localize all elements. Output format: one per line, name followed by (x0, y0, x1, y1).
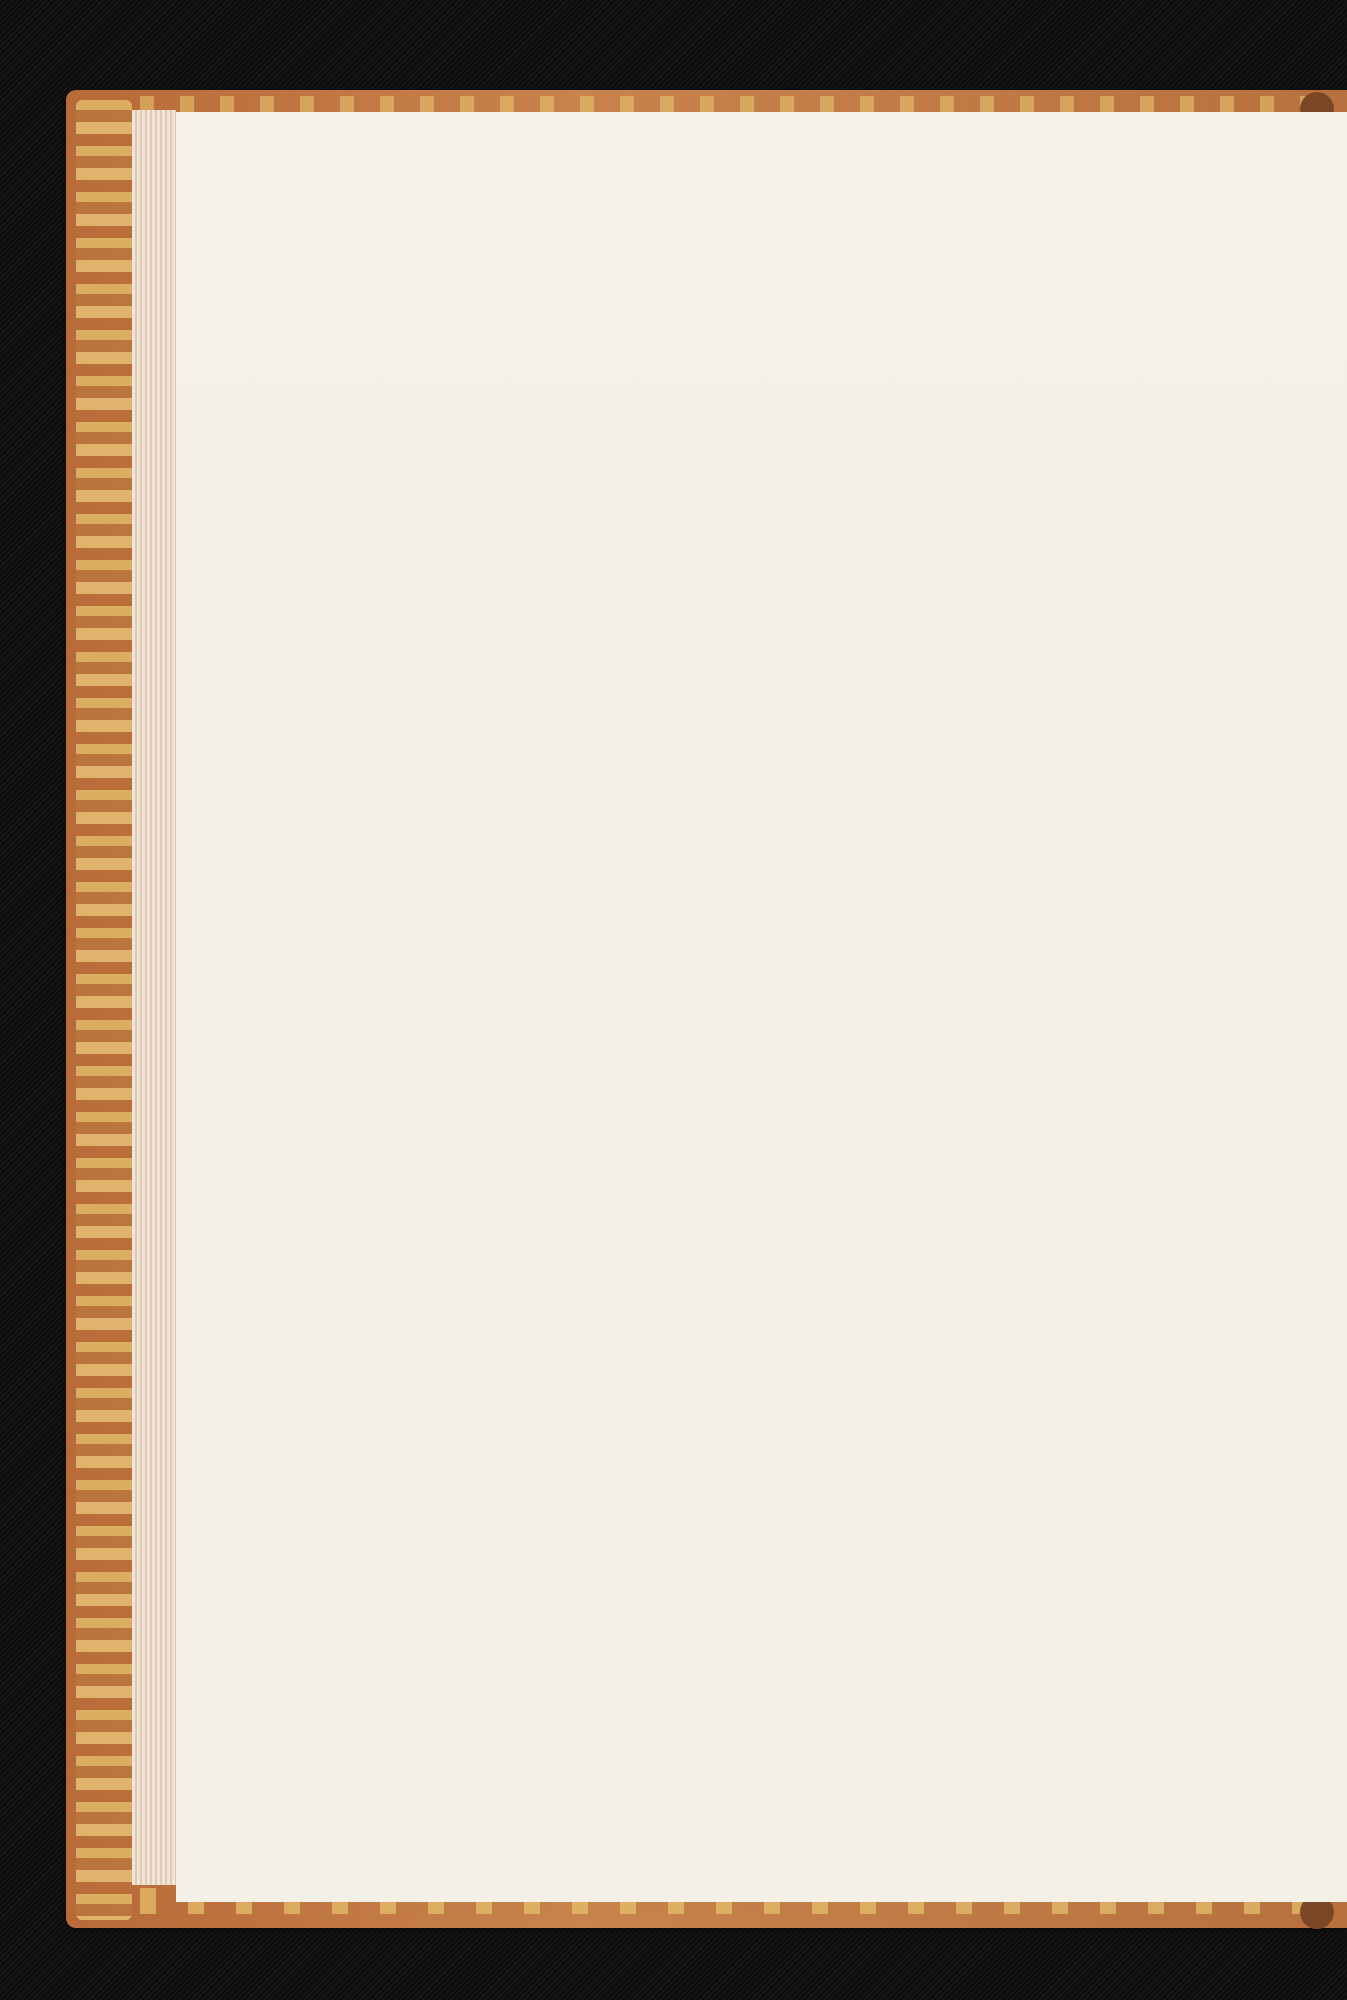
page-edges (132, 110, 176, 1885)
gilt-border-left (76, 100, 132, 1920)
endpaper (176, 112, 1347, 1902)
